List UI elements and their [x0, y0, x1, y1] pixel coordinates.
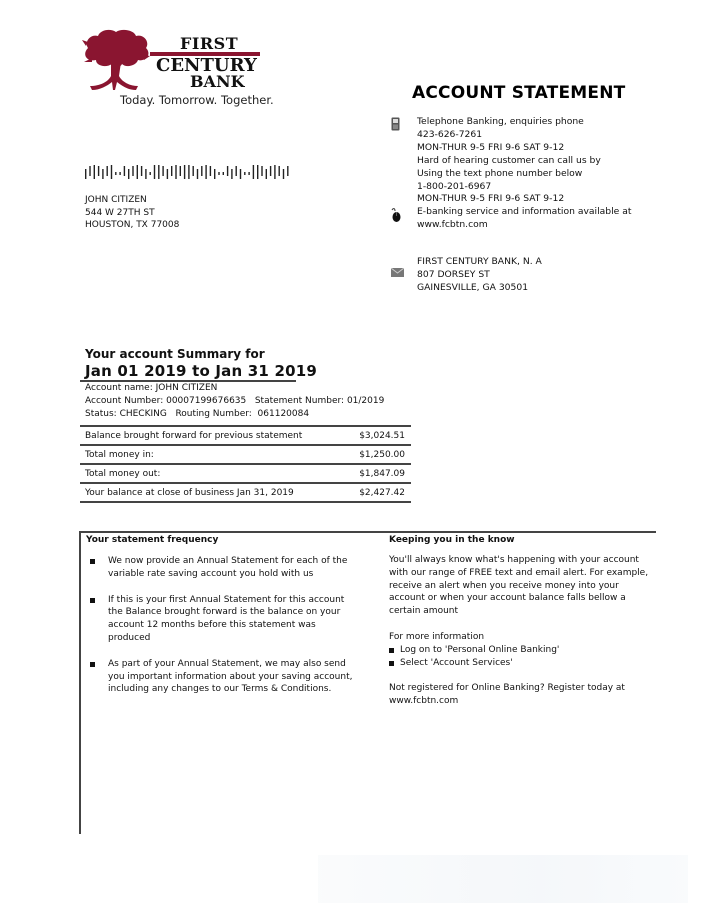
customer-street: 544 W 27TH ST — [85, 207, 179, 220]
list-item: Select 'Account Services' — [389, 657, 649, 670]
account-number: Account Number: 00007199676635 Statement… — [85, 395, 384, 408]
row-amount: $1,250.00 — [345, 445, 411, 464]
statement-period: Jan 01 2019 to Jan 31 2019 — [85, 362, 317, 380]
envelope-icon — [391, 262, 404, 281]
brand-bank: BANK — [190, 72, 244, 91]
tree-icon — [80, 28, 152, 94]
row-label: Total money out: — [80, 464, 345, 483]
bank-mailing-address: FIRST CENTURY BANK, N. A 807 DORSEY ST G… — [417, 256, 542, 295]
list-item: If this is your first Annual Statement f… — [86, 594, 356, 645]
keeping-informed-section: Keeping you in the know You'll always kn… — [389, 535, 649, 708]
customer-name: JOHN CITIZEN — [85, 194, 179, 207]
balance-summary-table: Balance brought forward for previous sta… — [80, 425, 411, 503]
bullet-icon — [90, 598, 95, 603]
account-details: Account name: JOHN CITIZEN Account Numbe… — [85, 382, 384, 421]
telephone-banking-info: Telephone Banking, enquiries phone 423-6… — [417, 116, 631, 232]
textphone-number: 1-800-201-6967 — [417, 181, 631, 194]
alerts-paragraph: You'll always know what's happening with… — [389, 554, 649, 618]
account-name: Account name: JOHN CITIZEN — [85, 382, 384, 395]
table-row: Total money in: $1,250.00 — [80, 445, 411, 464]
statement-frequency-section: Your statement frequency We now provide … — [86, 535, 356, 709]
customer-address: JOHN CITIZEN 544 W 27TH ST HOUSTON, TX 7… — [85, 194, 179, 232]
bullet-icon — [90, 662, 95, 667]
row-amount: $3,024.51 — [345, 426, 411, 445]
list-item: Log on to 'Personal Online Banking' — [389, 644, 649, 657]
table-row: Total money out: $1,847.09 — [80, 464, 411, 483]
list-item: We now provide an Annual Statement for e… — [86, 555, 356, 581]
brand-first: FIRST — [180, 34, 238, 53]
table-row: Balance brought forward for previous sta… — [80, 426, 411, 445]
mobile-phone-icon — [391, 116, 400, 135]
bullet-icon — [90, 559, 95, 564]
website-link[interactable]: www.fcbtn.com — [417, 219, 631, 232]
table-row: Your balance at close of business Jan 31… — [80, 483, 411, 502]
row-label: Your balance at close of business Jan 31… — [80, 483, 345, 502]
more-info-label: For more information — [389, 631, 649, 644]
row-label: Balance brought forward for previous sta… — [80, 426, 345, 445]
account-status: Status: CHECKING Routing Number: 0611200… — [85, 408, 384, 421]
section-heading: Your statement frequency — [86, 535, 356, 545]
row-label: Total money in: — [80, 445, 345, 464]
faded-background-artifact — [318, 855, 688, 903]
bullet-icon — [389, 648, 394, 653]
postal-barcode — [84, 163, 296, 187]
bank-logo: FIRST CENTURY BANK Today. Tomorrow. Toge… — [80, 28, 280, 110]
summary-heading: Your account Summary for — [85, 347, 265, 361]
document-title: ACCOUNT STATEMENT — [412, 83, 625, 103]
section-heading: Keeping you in the know — [389, 535, 649, 545]
customer-city: HOUSTON, TX 77008 — [85, 219, 179, 232]
bullet-icon — [389, 661, 394, 666]
row-amount: $1,847.09 — [345, 464, 411, 483]
mouse-icon — [390, 207, 402, 226]
phone-number: 423-626-7261 — [417, 129, 631, 142]
row-amount: $2,427.42 — [345, 483, 411, 502]
register-note: Not registered for Online Banking? Regis… — [389, 682, 649, 708]
list-item: As part of your Annual Statement, we may… — [86, 658, 356, 696]
brand-tagline: Today. Tomorrow. Together. — [120, 93, 274, 107]
